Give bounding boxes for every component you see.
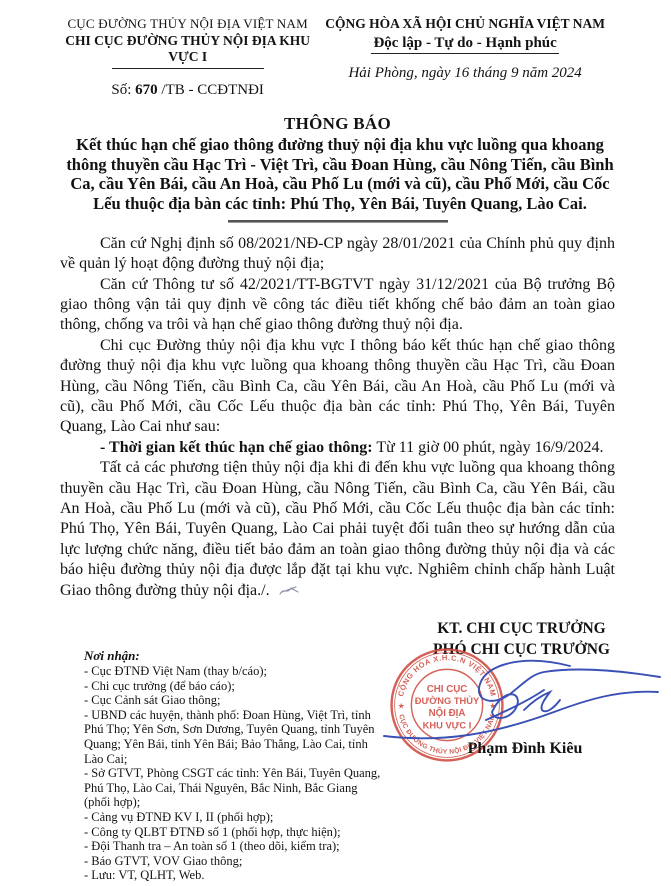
paragraph-announcement: Chi cục Đường thủy nội địa khu vực I thô… xyxy=(60,336,615,438)
national-title: CỘNG HÒA XÃ HỘI CHỦ NGHĨA VIỆT NAM xyxy=(315,16,615,32)
signer-name: Phạm Đình Kiêu xyxy=(420,740,630,758)
issuing-agency-block: CỤC ĐƯỜNG THỦY NỘI ĐỊA VIỆT NAM CHI CỤC … xyxy=(60,16,315,99)
agency-underline xyxy=(112,68,264,69)
document-header: CỤC ĐƯỜNG THỦY NỘI ĐỊA VIỆT NAM CHI CỤC … xyxy=(60,16,615,99)
paraph-mark-icon xyxy=(278,583,302,597)
document-number-label: Số: xyxy=(111,82,131,98)
signer-position-1: KT. CHI CỤC TRƯỞNG xyxy=(428,618,615,639)
paragraph-end-time: - Thời gian kết thúc hạn chế giao thông:… xyxy=(60,438,615,458)
recipients-list: - Cục ĐTNĐ Việt Nam (thay b/cáo); - Chi … xyxy=(84,664,386,883)
place-and-date: Hải Phòng, ngày 16 tháng 9 năm 2024 xyxy=(315,65,615,82)
recipient-item: - Chi cục trưởng (để báo cáo); xyxy=(84,679,386,694)
recipients-label: Nơi nhận: xyxy=(84,648,386,664)
recipient-item: - UBND các huyện, thành phố: Đoan Hùng, … xyxy=(84,708,386,766)
document-footer: Nơi nhận: - Cục ĐTNĐ Việt Nam (thay b/cá… xyxy=(60,618,615,883)
title-divider xyxy=(228,220,448,222)
document-body: Căn cứ Nghị định số 08/2021/NĐ-CP ngày 2… xyxy=(60,234,615,601)
agency-name: CHI CỤC ĐƯỜNG THỦY NỘI ĐỊA KHU VỰC I xyxy=(60,33,315,65)
recipient-item: - Báo GTVT, VOV Giao thông; xyxy=(84,854,386,869)
recipient-item: - Cục ĐTNĐ Việt Nam (thay b/cáo); xyxy=(84,664,386,679)
document-number-value: 670 xyxy=(135,82,158,98)
document-page: { "header": { "org_parent": "CỤC ĐƯỜNG T… xyxy=(0,0,671,886)
recipient-item: - Cảng vụ ĐTNĐ KV I, II (phối hợp); xyxy=(84,810,386,825)
recipient-item: - Đội Thanh tra – An toàn số 1 (theo dõi… xyxy=(84,839,386,854)
signature-block: KT. CHI CỤC TRƯỞNG PHÓ CHI CỤC TRƯỞNG CỘ… xyxy=(386,618,615,883)
national-header-block: CỘNG HÒA XÃ HỘI CHỦ NGHĨA VIỆT NAM Độc l… xyxy=(315,16,615,99)
parent-agency-name: CỤC ĐƯỜNG THỦY NỘI ĐỊA VIỆT NAM xyxy=(60,16,315,32)
paragraph-legal-basis-2: Căn cứ Thông tư số 42/2021/TT-BGTVT ngày… xyxy=(60,275,615,336)
recipient-item: - Sở GTVT, Phòng CSGT các tỉnh: Yên Bái,… xyxy=(84,766,386,810)
document-number: Số: 670 /TB - CCĐTNĐI xyxy=(60,82,315,99)
recipients-block: Nơi nhận: - Cục ĐTNĐ Việt Nam (thay b/cá… xyxy=(84,618,386,883)
document-subject: Kết thúc hạn chế giao thông đường thuỷ n… xyxy=(60,135,620,213)
national-motto: Độc lập - Tự do - Hạnh phúc xyxy=(371,35,558,54)
recipient-item: - Công ty QLBT ĐTNĐ số 1 (phối hợp, thực… xyxy=(84,825,386,840)
recipient-item: - Cục Cảnh sát Giao thông; xyxy=(84,693,386,708)
stamp-and-signature-area: CỘNG HÒA X.H.C.N VIỆT NAM CỤC ĐƯỜNG THỦY… xyxy=(386,662,615,770)
end-time-value: Từ 11 giờ 00 phút, ngày 16/9/2024. xyxy=(373,439,604,456)
paragraph-legal-basis-1: Căn cứ Nghị định số 08/2021/NĐ-CP ngày 2… xyxy=(60,234,615,275)
end-time-label: - Thời gian kết thúc hạn chế giao thông: xyxy=(100,439,373,456)
title-block: THÔNG BÁO Kết thúc hạn chế giao thông đư… xyxy=(60,114,615,223)
recipient-item: - Lưu: VT, QLHT, Web. xyxy=(84,868,386,883)
document-type-title: THÔNG BÁO xyxy=(60,114,615,134)
document-number-suffix: /TB - CCĐTNĐI xyxy=(161,82,264,98)
paragraph-instructions: Tất cả các phương tiện thủy nội địa khi … xyxy=(60,458,615,601)
